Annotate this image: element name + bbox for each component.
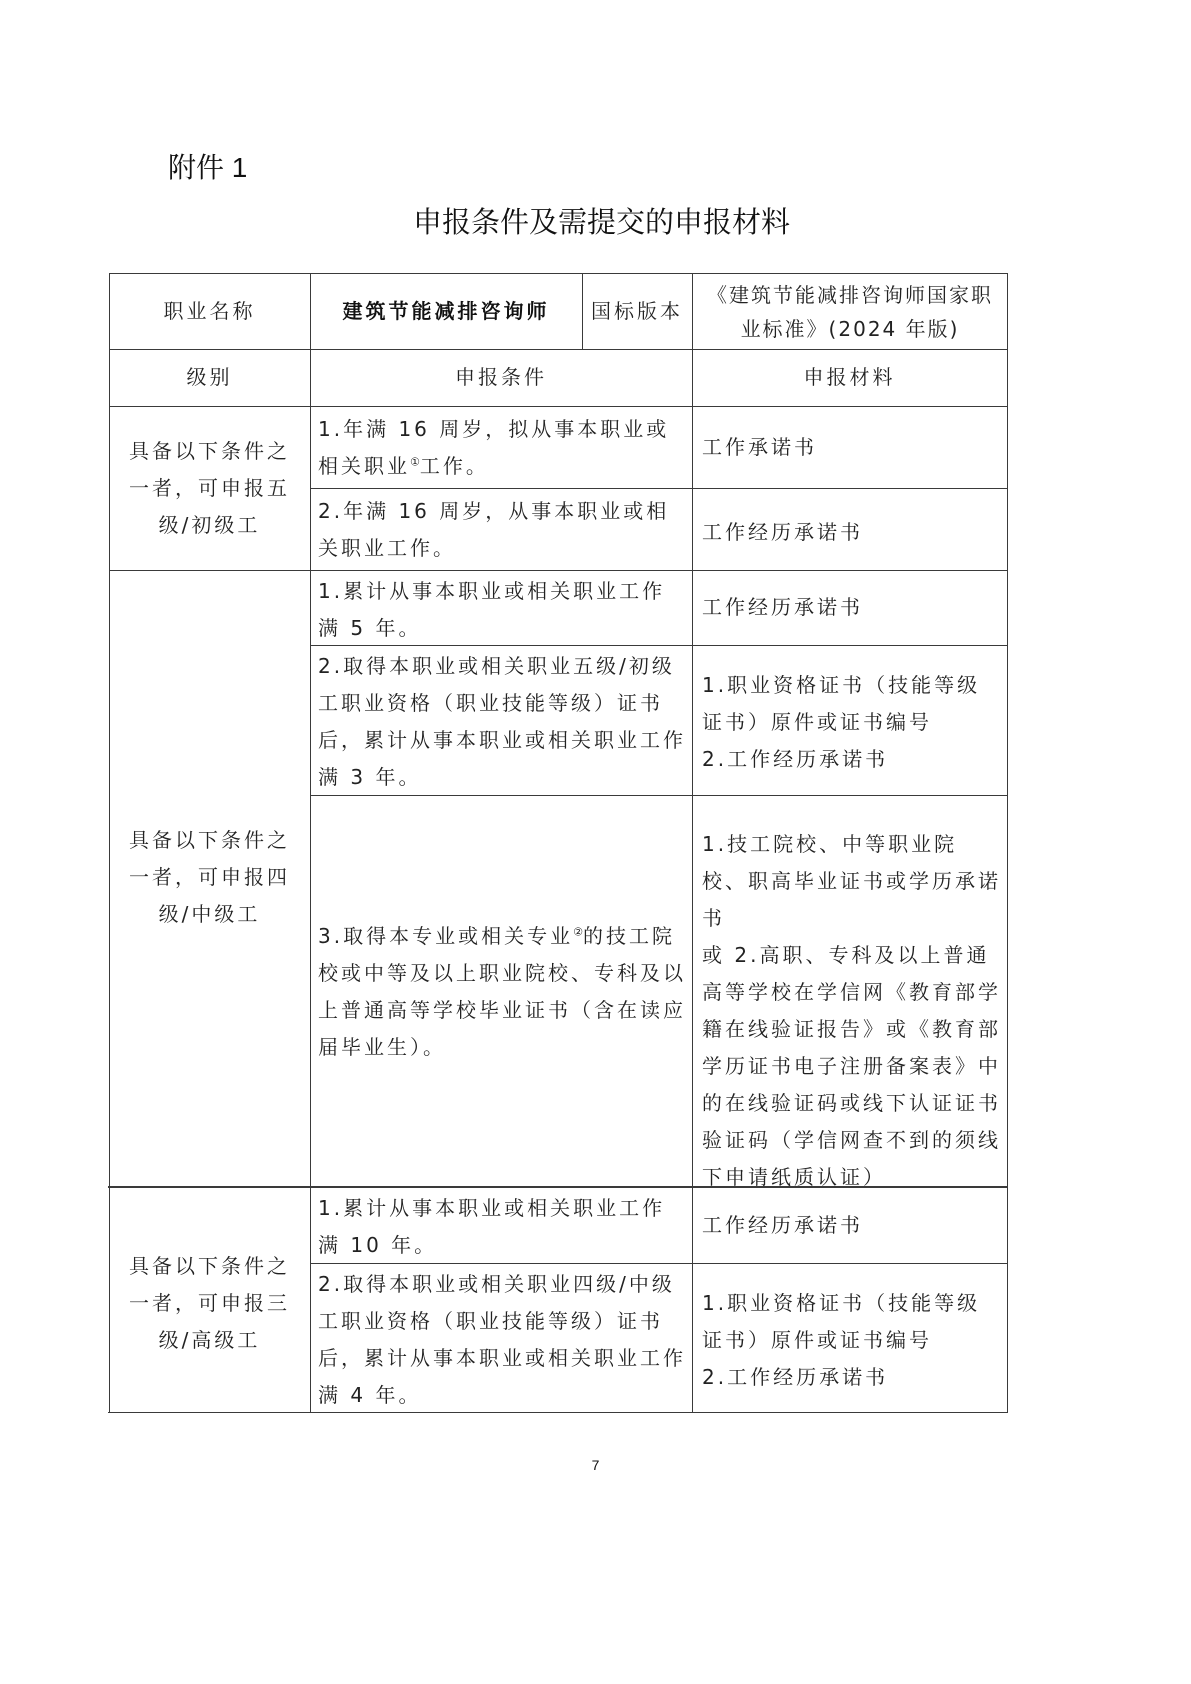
column-header-materials: 申报材料 [692,349,1007,406]
material-cell: 1.职业资格证书（技能等级证书）原件或证书编号 2.工作经历承诺书 [702,667,1002,792]
table-border-left [109,273,110,1413]
condition-cell: 1.累计从事本职业或相关职业工作满 5 年。 [318,573,688,645]
condition-cell: 1.累计从事本职业或相关职业工作满 10 年。 [318,1190,688,1263]
material-cell: 工作经历承诺书 [702,570,1002,645]
level-cell: 具备以下条件之一者，可申报三级/高级工 [114,1246,305,1360]
standard-version-value: 《建筑节能减排咨询师国家职业标准》(2024 年版) [700,274,1000,349]
table-column-divider [692,273,693,1413]
footnote-marker: ② [573,925,583,938]
footnote-marker: ① [410,455,420,468]
table-border-bottom [108,1412,1008,1413]
level-cell: 具备以下条件之一者，可申报四级/中级工 [114,820,305,934]
page-title: 申报条件及需提交的申报材料 [0,200,1191,241]
material-cell: 工作承诺书 [702,406,1002,488]
condition-cell: 2.取得本职业或相关职业四级/中级工职业资格（职业技能等级）证书后，累计从事本职… [318,1266,688,1412]
page-number: 7 [0,1457,1191,1473]
attachment-label: 附件 1 [168,146,247,186]
table-border-right [1007,273,1008,1413]
occupation-name-value: 建筑节能减排咨询师 [310,274,582,349]
condition-cell: 3.取得本专业或相关专业②的技工院校或中等及以上职业院校、专科及以上普通高等学校… [318,918,688,1068]
condition-cell: 2.取得本职业或相关职业五级/初级工职业资格（职业技能等级）证书后，累计从事本职… [318,648,688,795]
occupation-name-label: 职业名称 [109,274,310,349]
condition-cell: 2.年满 16 周岁，从事本职业或相关职业工作。 [318,493,688,570]
table-column-divider [310,273,311,1413]
material-cell: 工作经历承诺书 [702,1187,1002,1263]
condition-cell: 1.年满 16 周岁，拟从事本职业或相关职业①工作。 [318,411,688,488]
condition-text: 3.取得本专业或相关专业 [318,924,573,948]
condition-text: 工作。 [420,454,489,478]
standard-version-label: 国标版本 [582,274,692,349]
level-cell: 具备以下条件之一者，可申报五级/初级工 [114,406,305,570]
condition-text: 1.年满 16 周岁，拟从事本职业或相关职业 [318,417,669,478]
material-cell: 1.职业资格证书（技能等级证书）原件或证书编号 2.工作经历承诺书 [702,1285,1002,1410]
material-cell: 1.技工院校、中等职业院校、职高毕业证书或学历承诺书 或 2.高职、专科及以上普… [702,826,1002,1166]
column-header-level: 级别 [109,349,310,406]
material-cell: 工作经历承诺书 [702,488,1002,570]
column-header-conditions: 申报条件 [310,349,692,406]
